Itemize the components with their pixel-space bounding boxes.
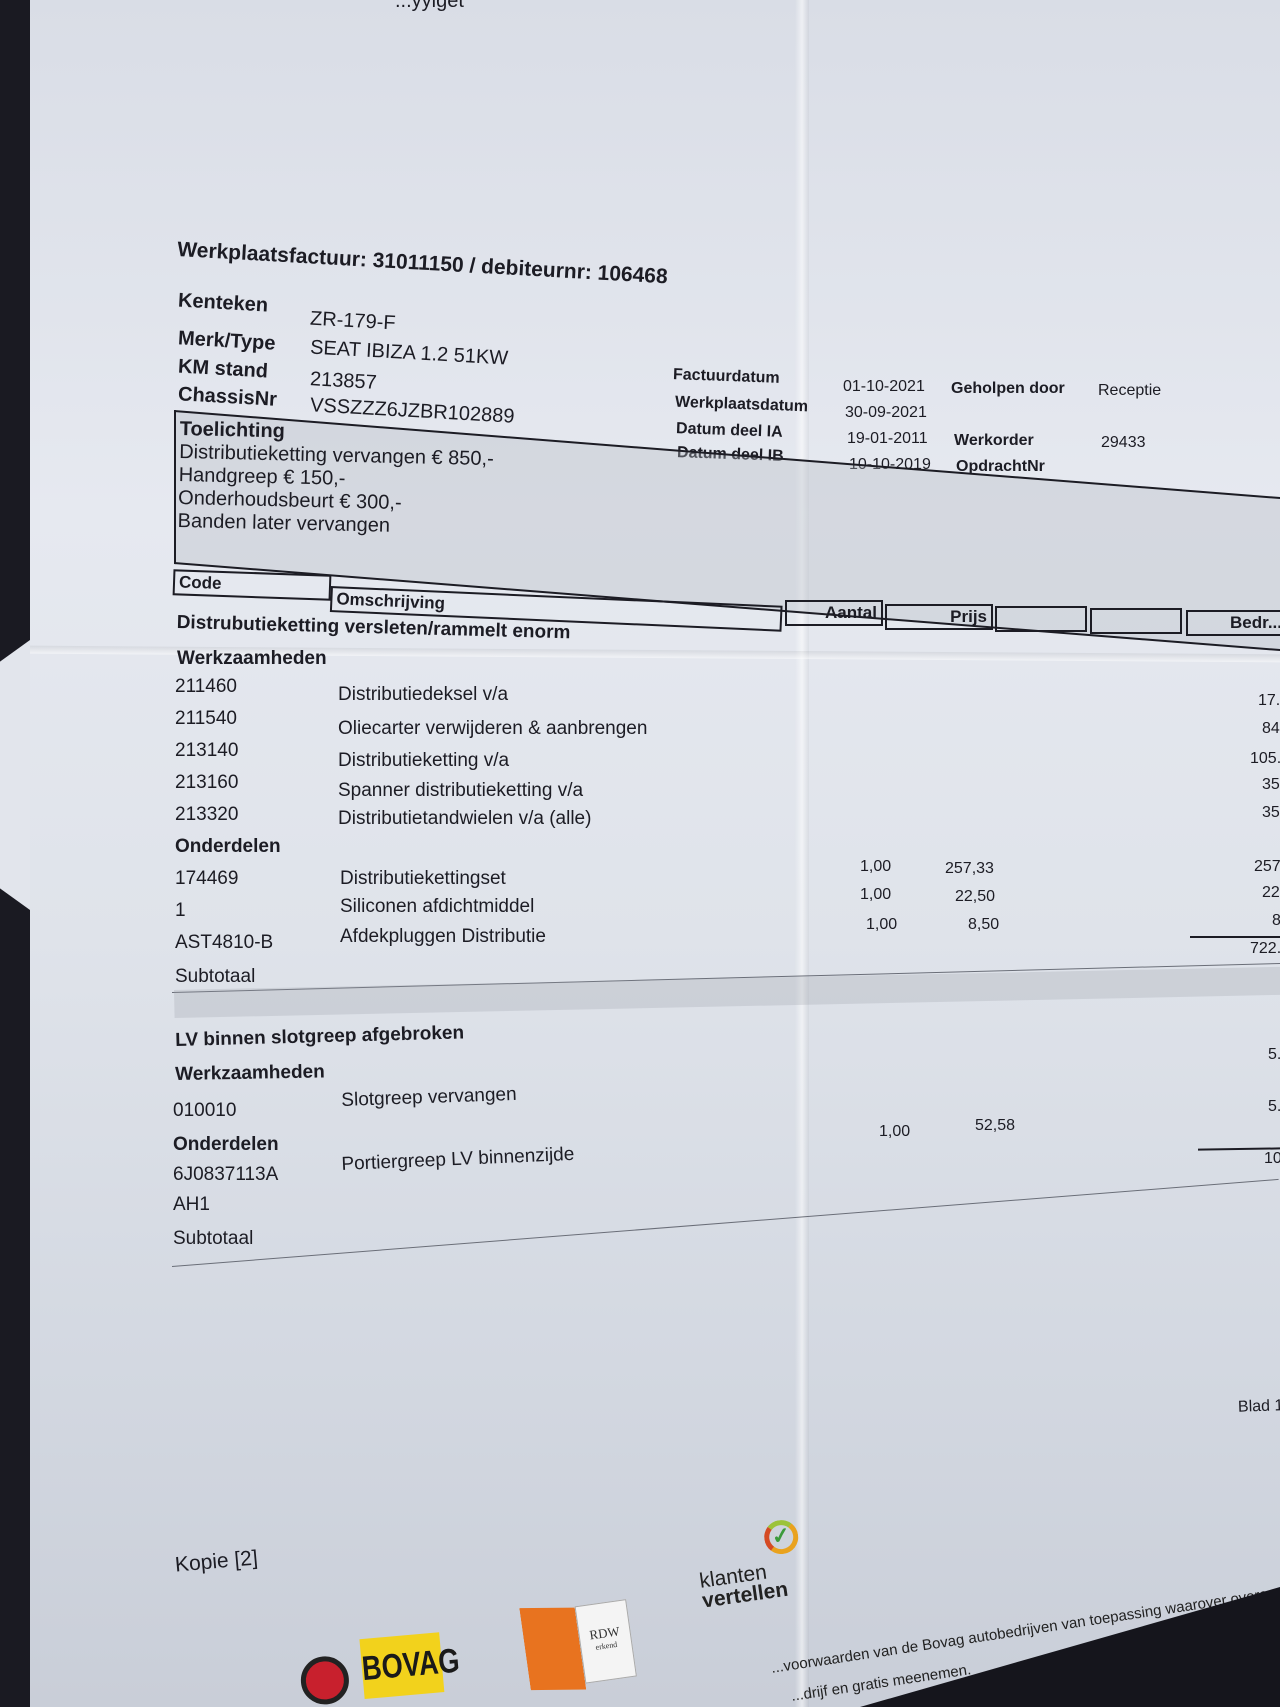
header-col-empty-1 xyxy=(995,606,1087,632)
line-desc: Distributiedeksel v/a xyxy=(338,684,508,706)
label-geholpen-door: Geholpen door xyxy=(951,380,1065,398)
part-bedrag: 22... xyxy=(1262,884,1280,902)
cut-off-text: ...yyiget xyxy=(395,0,464,13)
value-factuurdatum: 01-10-2021 xyxy=(843,378,925,396)
label-datum-deel-ia: Datum deel IA xyxy=(676,420,783,442)
value-geholpen-door: Receptie xyxy=(1098,382,1161,400)
paper-notch xyxy=(0,640,30,910)
bovag-emblem-icon xyxy=(299,1654,351,1706)
line-bedrag: 17... xyxy=(1258,692,1280,710)
part-code-continued: AH1 xyxy=(173,1194,210,1216)
part-bedrag: 257... xyxy=(1254,858,1280,876)
part-bedrag: 8... xyxy=(1272,912,1280,930)
fold-vertical xyxy=(795,0,809,1707)
line-desc: Distributieketting v/a xyxy=(338,750,509,772)
line-bedrag: 84... xyxy=(1262,720,1280,738)
line-desc: Spanner distributieketting v/a xyxy=(338,780,583,802)
part-aantal: 1,00 xyxy=(860,886,891,904)
subtotaal-value: 10... xyxy=(1264,1150,1280,1168)
line-bedrag: 35... xyxy=(1262,804,1280,822)
toelichting: Toelichting Distributieketting vervangen… xyxy=(177,418,494,540)
value-werkorder: 29433 xyxy=(1101,434,1146,452)
line-code: 213160 xyxy=(175,772,238,794)
value-werkplaatsdatum: 30-09-2021 xyxy=(845,404,927,422)
werkzaamheden-label: Werkzaamheden xyxy=(177,648,327,670)
part-code: 1 xyxy=(175,900,186,922)
part-desc: Distributiekettingset xyxy=(340,868,506,890)
header-col-empty-2 xyxy=(1090,608,1182,634)
line-desc: Oliecarter verwijderen & aanbrengen xyxy=(338,718,647,740)
part-aantal: 1,00 xyxy=(879,1123,910,1141)
page-number: Blad 1 xyxy=(1238,1397,1280,1417)
part-code: 6J0837113A xyxy=(173,1164,278,1186)
werkzaamheden-label: Werkzaamheden xyxy=(175,1061,325,1086)
rdw-label: RDW erkend xyxy=(575,1599,637,1683)
section-amount: 5... xyxy=(1268,1046,1280,1064)
value-km-stand: 213857 xyxy=(309,368,377,395)
header-code: Code xyxy=(173,569,332,600)
onderdelen-label: Onderdelen xyxy=(175,836,281,858)
line-code: 010010 xyxy=(173,1100,236,1122)
part-prijs: 257,33 xyxy=(945,860,994,878)
part-code: AST4810-B xyxy=(175,932,273,954)
line-bedrag: 35... xyxy=(1262,776,1280,794)
line-bedrag: 105... xyxy=(1250,750,1280,768)
line-code: 211460 xyxy=(175,676,237,698)
subtotaal-label: Subtotaal xyxy=(173,1228,253,1250)
onderdelen-label: Onderdelen xyxy=(173,1134,279,1156)
subtotaal-label: Subtotaal xyxy=(175,966,255,988)
label-factuurdatum: Factuurdatum xyxy=(673,366,780,388)
part-aantal: 1,00 xyxy=(866,916,897,934)
label-werkorder: Werkorder xyxy=(954,432,1034,450)
part-aantal: 1,00 xyxy=(860,858,891,876)
subtotal-underline xyxy=(1190,936,1280,938)
part-prijs: 52,58 xyxy=(975,1117,1015,1135)
rdw-logo: RDW erkend xyxy=(519,1593,640,1697)
line-desc: Distributietandwielen v/a (alle) xyxy=(338,808,591,830)
label-km-stand: KM stand xyxy=(177,356,268,384)
value-kenteken: ZR-179-F xyxy=(309,308,396,336)
part-code: 174469 xyxy=(175,868,238,890)
part-desc: Afdekpluggen Distributie xyxy=(340,926,546,948)
line-bedrag: 5... xyxy=(1268,1098,1280,1116)
label-kenteken: Kenteken xyxy=(177,290,268,318)
header-bedrag: Bedr... xyxy=(1186,610,1280,636)
bovag-wordmark: BOVAG xyxy=(359,1632,444,1699)
header-aantal: Aantal xyxy=(785,600,883,626)
line-code: 213140 xyxy=(175,740,238,762)
value-datum-deel-ia: 19-01-2011 xyxy=(847,430,928,448)
part-prijs: 22,50 xyxy=(955,888,995,906)
part-prijs: 8,50 xyxy=(968,916,999,934)
line-code: 213320 xyxy=(175,804,238,826)
line-code: 211540 xyxy=(175,708,237,730)
part-desc: Siliconen afdichtmiddel xyxy=(340,896,534,918)
header-prijs: Prijs xyxy=(885,604,993,630)
subtotaal-value: 722... xyxy=(1250,940,1280,958)
